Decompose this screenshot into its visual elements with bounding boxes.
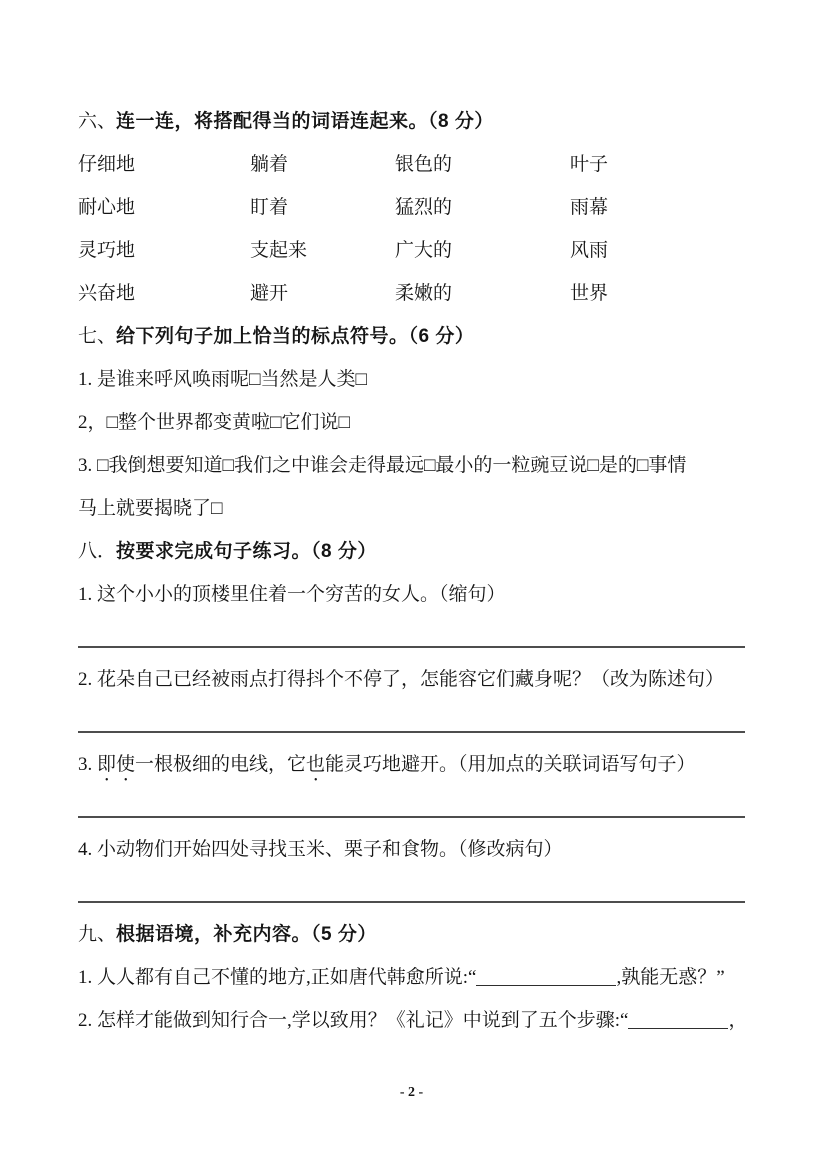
matching-exercise: 仔细地 躺着 银色的 叶子 耐心地 盯着 猛烈的 雨幕 灵巧地 支起来 广大的 …: [78, 143, 745, 315]
context-item-1: 1. 人人都有自己不懂的地方,正如唐代韩愈所说:“,孰能无惑？”: [78, 956, 745, 999]
sentence-item-2: 2. 花朵自己已经被雨点打得抖个不停了，怎能容它们藏身呢？（改为陈述句）: [78, 658, 745, 701]
section-8-heading: 八．按要求完成句子练习。（8 分）: [78, 530, 745, 573]
match-row: 灵巧地 支起来 广大的 风雨: [78, 229, 745, 272]
fill-blank: [476, 967, 616, 986]
answer-line: [78, 786, 745, 818]
match-word: 猛烈的: [395, 186, 570, 229]
match-word: 支起来: [250, 229, 395, 272]
match-word: 银色的: [395, 143, 570, 186]
sentence-item-1: 1. 这个小小的顶楼里住着一个穷苦的女人。（缩句）: [78, 573, 745, 616]
match-word: 世界: [570, 272, 745, 315]
context-item-2-prefix: 2. 怎样才能做到知行合一,学以致用？《礼记》中说到了五个步骤:“: [78, 1010, 628, 1031]
match-word: 避开: [250, 272, 395, 315]
emphasized-word: 即使: [97, 754, 135, 775]
match-row: 兴奋地 避开 柔嫩的 世界: [78, 272, 745, 315]
section-7-title: 给下列句子加上恰当的标点符号。（6 分）: [116, 326, 474, 347]
sentence-item-3-tail: 能灵巧地避开。（用加点的关联词语写句子）: [325, 754, 696, 775]
match-row: 仔细地 躺着 银色的 叶子: [78, 143, 745, 186]
match-word: 风雨: [570, 229, 745, 272]
sentence-item-4: 4. 小动物们开始四处寻找玉米、栗子和食物。（修改病句）: [78, 828, 745, 871]
answer-line: [78, 616, 745, 648]
section-9-number: 九、: [78, 924, 116, 945]
punctuation-item-3-line-1: 3. □我倒想要知道□我们之中谁会走得最远□最小的一粒豌豆说□是的□事情: [78, 444, 745, 487]
context-item-2-suffix: ，: [728, 1010, 747, 1031]
match-word: 灵巧地: [78, 229, 250, 272]
sentence-item-3-middle: 一根极细的电线，它: [135, 754, 306, 775]
section-6-title: 连一连，将搭配得当的词语连起来。（8 分）: [116, 111, 494, 132]
context-item-1-prefix: 1. 人人都有自己不懂的地方,正如唐代韩愈所说:“: [78, 967, 476, 988]
match-word: 叶子: [570, 143, 745, 186]
fill-blank: [628, 1010, 728, 1029]
section-8-number: 八．: [78, 541, 116, 562]
match-row: 耐心地 盯着 猛烈的 雨幕: [78, 186, 745, 229]
section-8-title: 按要求完成句子练习。（8 分）: [116, 541, 377, 562]
section-9-title: 根据语境，补充内容。（5 分）: [116, 924, 377, 945]
match-word: 盯着: [250, 186, 395, 229]
section-7-heading: 七、给下列句子加上恰当的标点符号。（6 分）: [78, 315, 745, 358]
page-number: - 2 -: [0, 1085, 823, 1101]
answer-line: [78, 871, 745, 903]
punctuation-item-3-line-2: 马上就要揭晓了□: [78, 487, 745, 530]
match-word: 兴奋地: [78, 272, 250, 315]
sentence-item-3: 3. 即使一根极细的电线，它也能灵巧地避开。（用加点的关联词语写句子）: [78, 743, 745, 786]
match-word: 广大的: [395, 229, 570, 272]
section-9-heading: 九、根据语境，补充内容。（5 分）: [78, 913, 745, 956]
section-6-number: 六、: [78, 111, 116, 132]
section-6-heading: 六、连一连，将搭配得当的词语连起来。（8 分）: [78, 100, 745, 143]
match-word: 耐心地: [78, 186, 250, 229]
context-item-1-suffix: ,孰能无惑？”: [616, 967, 724, 988]
match-word: 仔细地: [78, 143, 250, 186]
match-word: 雨幕: [570, 186, 745, 229]
punctuation-item-1: 1. 是谁来呼风唤雨呢□当然是人类□: [78, 358, 745, 401]
sentence-item-3-number: 3.: [78, 754, 97, 775]
document-page: 六、连一连，将搭配得当的词语连起来。（8 分） 仔细地 躺着 银色的 叶子 耐心…: [0, 0, 823, 1165]
section-7-number: 七、: [78, 326, 116, 347]
punctuation-item-2: 2，□整个世界都变黄啦□它们说□: [78, 401, 745, 444]
match-word: 躺着: [250, 143, 395, 186]
emphasized-word: 也: [306, 754, 325, 775]
answer-line: [78, 701, 745, 733]
context-item-2: 2. 怎样才能做到知行合一,学以致用？《礼记》中说到了五个步骤:“，: [78, 999, 745, 1042]
match-word: 柔嫩的: [395, 272, 570, 315]
